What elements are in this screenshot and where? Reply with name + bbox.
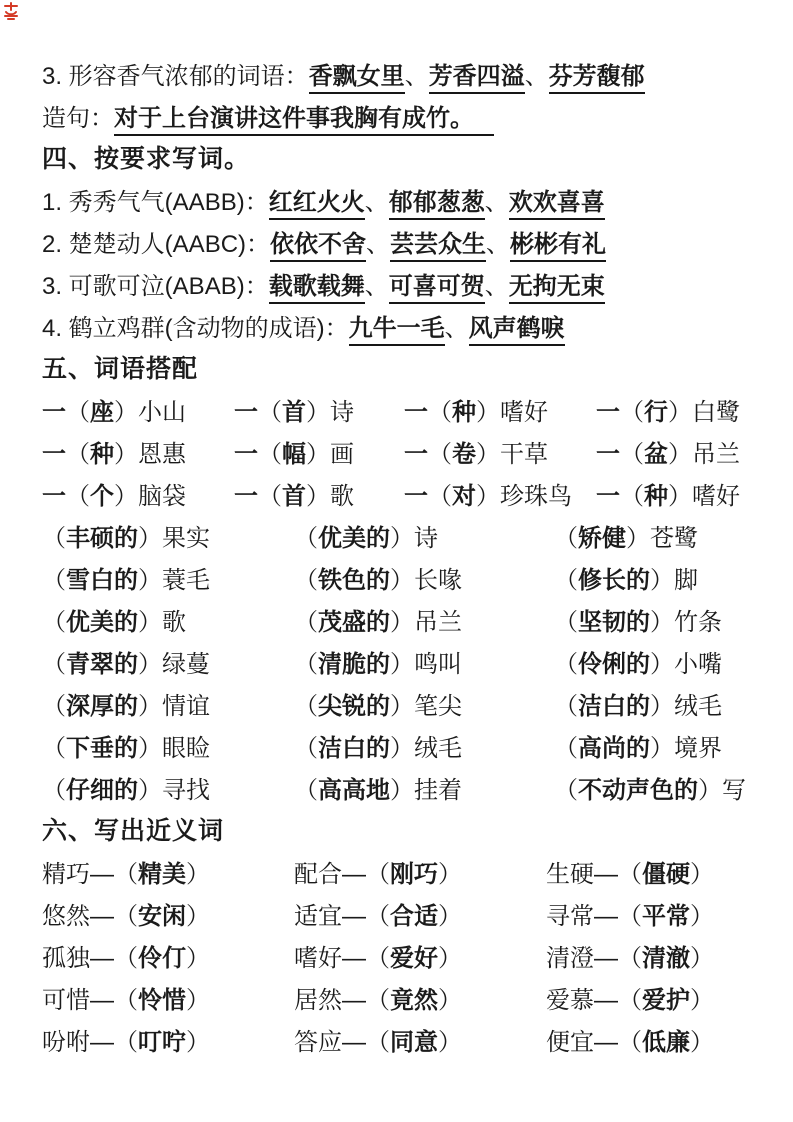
- section-title: 四、按要求写词。: [42, 145, 250, 173]
- synonym-row: 可惜—（怜惜）居然—（竟然）爱慕—（爱护）: [42, 976, 757, 1018]
- label-text: ）: [438, 1029, 462, 1056]
- answer-bold: 一: [596, 441, 620, 468]
- label-text: （: [554, 693, 578, 720]
- label-text: （: [42, 735, 66, 762]
- label-text: 吊兰: [414, 609, 462, 636]
- label-text: 、: [485, 273, 509, 300]
- label-text: ）: [390, 777, 414, 804]
- label-text: 适宜—: [294, 903, 366, 930]
- label-text: 歌: [330, 483, 354, 510]
- phrase-cell: 适宜—（合适）: [294, 896, 546, 931]
- section-heading-5: 五、词语搭配: [42, 346, 757, 388]
- answer-underlined: 红红火火: [269, 189, 365, 220]
- synonym-row: 孤独—（伶仃）嗜好—（爱好）清澄—（清澈）: [42, 934, 757, 976]
- label-text: （: [294, 735, 318, 762]
- label-text: 、: [365, 273, 389, 300]
- answer-bold: 铁色的: [318, 567, 390, 594]
- label-text: ）: [186, 1029, 210, 1056]
- synonym-row: 吩咐—（叮咛）答应—（同意）便宜—（低廉）: [42, 1018, 757, 1060]
- label-text: （: [366, 987, 390, 1014]
- adjective-row: （优美的）歌（茂盛的）吊兰（坚韧的）竹条: [42, 598, 757, 640]
- phrase-cell: （仔细的）寻找: [42, 770, 294, 805]
- answer-bold: 刚巧: [390, 861, 438, 888]
- label-text: 脑袋: [138, 483, 186, 510]
- answer-underlined: 郁郁葱葱: [389, 189, 485, 220]
- answer-bold: 洁白的: [578, 693, 650, 720]
- label-text: （: [620, 399, 644, 426]
- label-text: 嗜好—: [294, 945, 366, 972]
- label-text: （: [294, 567, 318, 594]
- label-text: ）: [650, 609, 674, 636]
- answer-bold: 种: [90, 441, 114, 468]
- label-text: （: [366, 945, 390, 972]
- answer-underlined: 可喜可贺: [389, 273, 485, 304]
- answer-bold: 怜惜: [138, 987, 186, 1014]
- answer-bold: 同意: [390, 1029, 438, 1056]
- label-text: （: [366, 1029, 390, 1056]
- phrase-cell: 可惜—（怜惜）: [42, 980, 294, 1015]
- label-text: 竹条: [674, 609, 722, 636]
- phrase-cell: 六、写出近义词: [42, 811, 757, 847]
- label-text: 生硬—: [546, 861, 618, 888]
- answer-bold: 一: [404, 441, 428, 468]
- phrase-cell: （坚韧的）竹条: [554, 602, 757, 637]
- label-text: 歌: [162, 609, 186, 636]
- label-text: ）: [390, 567, 414, 594]
- label-text: （: [294, 609, 318, 636]
- answer-underlined: 欢欢喜喜: [509, 189, 605, 220]
- answer-bold: 优美的: [66, 609, 138, 636]
- label-text: ）: [138, 735, 162, 762]
- answer-bold: 矫健: [578, 525, 626, 552]
- phrase-cell: （雪白的）蓑毛: [42, 560, 294, 595]
- label-text: ）: [668, 441, 692, 468]
- phrase-cell: 一（对）珍珠鸟: [404, 476, 596, 511]
- label-text: 写: [722, 777, 746, 804]
- label-text: （: [114, 945, 138, 972]
- label-text: （: [554, 609, 578, 636]
- answer-bold: 盆: [644, 441, 668, 468]
- label-text: 清澄—: [546, 945, 618, 972]
- adjective-row: （下垂的）眼睑（洁白的）绒毛（高尚的）境界: [42, 724, 757, 766]
- phrase-cell: 一（卷）干草: [404, 434, 596, 469]
- label-text: （: [618, 945, 642, 972]
- label-text: （: [294, 525, 318, 552]
- label-text: 、: [366, 231, 390, 258]
- answer-bold: 个: [90, 483, 114, 510]
- label-text: ）: [690, 861, 714, 888]
- answer-bold: 一: [596, 483, 620, 510]
- phrase-cell: 嗜好—（爱好）: [294, 938, 546, 973]
- phrase-cell: 一（首）歌: [234, 476, 404, 511]
- label-text: （: [554, 651, 578, 678]
- section-heading-4: 四、按要求写词。: [42, 136, 757, 178]
- label-text: （: [294, 777, 318, 804]
- answer-underlined: 对于上台演讲这件事我胸有成竹。: [114, 105, 494, 136]
- phrase-cell: 3. 形容香气浓郁的词语：香飘女里、芳香四溢、芬芳馥郁: [42, 56, 757, 91]
- adjective-row: （仔细的）寻找（高高地）挂着（不动声色的）写: [42, 766, 757, 808]
- answer-bold: 修长的: [578, 567, 650, 594]
- answer-bold: 深厚的: [66, 693, 138, 720]
- label-text: ）: [650, 735, 674, 762]
- label-text: ）: [438, 861, 462, 888]
- label-text: （: [618, 903, 642, 930]
- phrase-cell: （尖锐的）笔尖: [294, 686, 554, 721]
- label-text: 寻常—: [546, 903, 618, 930]
- item-line-aabb: 1. 秀秀气气(AABB)：红红火火、郁郁葱葱、欢欢喜喜: [42, 178, 757, 220]
- label-text: （: [620, 483, 644, 510]
- phrase-cell: （优美的）诗: [294, 518, 554, 553]
- label-text: ）: [138, 609, 162, 636]
- label-text: ）: [668, 399, 692, 426]
- answer-bold: 雪白的: [66, 567, 138, 594]
- answer-underlined: 依依不舍: [270, 231, 366, 262]
- label-text: 造句：: [42, 105, 114, 132]
- phrase-cell: 配合—（刚巧）: [294, 854, 546, 889]
- synonym-row: 悠然—（安闲）适宜—（合适）寻常—（平常）: [42, 892, 757, 934]
- answer-bold: 一: [404, 483, 428, 510]
- label-text: （: [114, 861, 138, 888]
- label-text: 、: [485, 189, 509, 216]
- sentence-making-line: 造句：对于上台演讲这件事我胸有成竹。: [42, 94, 757, 136]
- label-text: （: [258, 399, 282, 426]
- section-title: 六、写出近义词: [42, 817, 224, 845]
- label-text: （: [42, 525, 66, 552]
- phrase-cell: 五、词语搭配: [42, 349, 757, 385]
- answer-bold: 僵硬: [642, 861, 690, 888]
- label-text: ）: [138, 693, 162, 720]
- label-text: （: [114, 987, 138, 1014]
- phrase-cell: 便宜—（低廉）: [546, 1022, 757, 1057]
- label-text: （: [554, 567, 578, 594]
- label-text: 小嘴: [674, 651, 722, 678]
- answer-bold: 尖锐的: [318, 693, 390, 720]
- phrase-cell: （伶俐的）小嘴: [554, 644, 757, 679]
- label-text: ）: [650, 567, 674, 594]
- phrase-cell: 孤独—（伶仃）: [42, 938, 294, 973]
- answer-bold: 低廉: [642, 1029, 690, 1056]
- label-text: ）: [626, 525, 650, 552]
- label-text: 嗜好: [500, 399, 548, 426]
- label-text: ）: [438, 903, 462, 930]
- label-text: （: [554, 777, 578, 804]
- label-text: ）: [650, 651, 674, 678]
- label-text: 1. 秀秀气气(AABB)：: [42, 189, 269, 216]
- label-text: （: [618, 1029, 642, 1056]
- phrase-cell: 一（种）嗜好: [404, 392, 596, 427]
- answer-bold: 清脆的: [318, 651, 390, 678]
- label-text: （: [294, 693, 318, 720]
- label-text: 、: [365, 189, 389, 216]
- answer-bold: 茂盛的: [318, 609, 390, 636]
- label-text: 吩咐—: [42, 1029, 114, 1056]
- label-text: 脚: [674, 567, 698, 594]
- label-text: ）: [114, 483, 138, 510]
- label-text: ）: [138, 777, 162, 804]
- label-text: 孤独—: [42, 945, 114, 972]
- answer-bold: 伶俐的: [578, 651, 650, 678]
- answer-bold: 竟然: [390, 987, 438, 1014]
- label-text: 干草: [500, 441, 548, 468]
- label-text: 情谊: [162, 693, 210, 720]
- label-text: 绒毛: [674, 693, 722, 720]
- answer-bold: 下垂的: [66, 735, 138, 762]
- label-text: （: [42, 609, 66, 636]
- label-text: 、: [486, 231, 510, 258]
- label-text: ）: [668, 483, 692, 510]
- label-text: 悠然—: [42, 903, 114, 930]
- answer-bold: 种: [452, 399, 476, 426]
- label-text: ）: [476, 399, 500, 426]
- phrase-cell: 寻常—（平常）: [546, 896, 757, 931]
- answer-bold: 爱护: [642, 987, 690, 1014]
- answer-bold: 优美的: [318, 525, 390, 552]
- label-text: ）: [690, 945, 714, 972]
- phrase-cell: 生硬—（僵硬）: [546, 854, 757, 889]
- label-text: ）: [690, 1029, 714, 1056]
- red-corner-stamp-strokes: [5, 3, 17, 19]
- label-text: ）: [186, 903, 210, 930]
- label-text: 便宜—: [546, 1029, 618, 1056]
- measure-word-row: 一（个）脑袋一（首）歌一（对）珍珠鸟一（种）嗜好: [42, 472, 757, 514]
- phrase-cell: （茂盛的）吊兰: [294, 602, 554, 637]
- label-text: ）: [390, 525, 414, 552]
- answer-underlined: 九牛一毛: [349, 315, 445, 346]
- answer-bold: 首: [282, 483, 306, 510]
- label-text: ）: [390, 609, 414, 636]
- phrase-cell: 4. 鹤立鸡群(含动物的成语)：九牛一毛、风声鹤唳: [42, 308, 757, 343]
- phrase-cell: （优美的）歌: [42, 602, 294, 637]
- phrase-cell: 一（首）诗: [234, 392, 404, 427]
- label-text: （: [42, 693, 66, 720]
- label-text: 果实: [162, 525, 210, 552]
- label-text: 配合—: [294, 861, 366, 888]
- red-corner-stamp-icon: [4, 2, 22, 22]
- label-text: ）: [114, 399, 138, 426]
- answer-bold: 座: [90, 399, 114, 426]
- label-text: 蓑毛: [162, 567, 210, 594]
- adjective-row: （青翠的）绿蔓（清脆的）鸣叫（伶俐的）小嘴: [42, 640, 757, 682]
- answer-bold: 坚韧的: [578, 609, 650, 636]
- label-text: 鸣叫: [414, 651, 462, 678]
- label-text: （: [554, 525, 578, 552]
- phrase-cell: （铁色的）长喙: [294, 560, 554, 595]
- label-text: ）: [306, 483, 330, 510]
- label-text: 境界: [674, 735, 722, 762]
- label-text: （: [258, 483, 282, 510]
- label-text: （: [428, 483, 452, 510]
- label-text: ）: [186, 945, 210, 972]
- phrase-cell: 2. 楚楚动人(AABC)：依依不舍、芸芸众生、彬彬有礼: [42, 224, 757, 259]
- phrase-cell: 精巧—（精美）: [42, 854, 294, 889]
- label-text: ）: [390, 735, 414, 762]
- label-text: 绒毛: [414, 735, 462, 762]
- label-text: ）: [390, 693, 414, 720]
- answer-bold: 一: [42, 483, 66, 510]
- phrase-cell: （洁白的）绒毛: [294, 728, 554, 763]
- intro-line-fragrance: 3. 形容香气浓郁的词语：香飘女里、芳香四溢、芬芳馥郁: [42, 52, 757, 94]
- label-text: 嗜好: [692, 483, 740, 510]
- label-text: （: [66, 399, 90, 426]
- phrase-cell: 吩咐—（叮咛）: [42, 1022, 294, 1057]
- phrase-cell: 一（幅）画: [234, 434, 404, 469]
- label-text: ）: [690, 903, 714, 930]
- phrase-cell: （矫健）苍鹭: [554, 518, 757, 553]
- label-text: 眼睑: [162, 735, 210, 762]
- label-text: ）: [306, 441, 330, 468]
- label-text: （: [66, 441, 90, 468]
- label-text: ）: [114, 441, 138, 468]
- answer-bold: 安闲: [138, 903, 186, 930]
- worksheet-page: 3. 形容香气浓郁的词语：香飘女里、芳香四溢、芬芳馥郁造句：对于上台演讲这件事我…: [0, 0, 793, 1122]
- answer-bold: 一: [404, 399, 428, 426]
- answer-bold: 种: [644, 483, 668, 510]
- label-text: 寻找: [162, 777, 210, 804]
- label-text: （: [42, 777, 66, 804]
- label-text: 3. 形容香气浓郁的词语：: [42, 63, 309, 90]
- label-text: 答应—: [294, 1029, 366, 1056]
- label-text: ）: [186, 861, 210, 888]
- phrase-cell: 居然—（竟然）: [294, 980, 546, 1015]
- adjective-row: （丰硕的）果实（优美的）诗（矫健）苍鹭: [42, 514, 757, 556]
- synonym-row: 精巧—（精美）配合—（刚巧）生硬—（僵硬）: [42, 850, 757, 892]
- phrase-cell: 清澄—（清澈）: [546, 938, 757, 973]
- label-text: ）: [698, 777, 722, 804]
- phrase-cell: （不动声色的）写: [554, 770, 757, 805]
- label-text: ）: [138, 567, 162, 594]
- section-heading-6: 六、写出近义词: [42, 808, 757, 850]
- answer-underlined: 无拘无束: [509, 273, 605, 304]
- answer-bold: 高高地: [318, 777, 390, 804]
- answer-bold: 叮咛: [138, 1029, 186, 1056]
- phrase-cell: 一（行）白鹭: [596, 392, 757, 427]
- label-text: ）: [186, 987, 210, 1014]
- adjective-row: （雪白的）蓑毛（铁色的）长喙（修长的）脚: [42, 556, 757, 598]
- label-text: （: [294, 651, 318, 678]
- answer-bold: 青翠的: [66, 651, 138, 678]
- answer-underlined: 彬彬有礼: [510, 231, 606, 262]
- measure-word-row: 一（种）恩惠一（幅）画一（卷）干草一（盆）吊兰: [42, 430, 757, 472]
- answer-bold: 丰硕的: [66, 525, 138, 552]
- answer-bold: 爱好: [390, 945, 438, 972]
- label-text: （: [42, 651, 66, 678]
- answer-bold: 一: [234, 483, 258, 510]
- phrase-cell: 一（种）嗜好: [596, 476, 757, 511]
- phrase-cell: 悠然—（安闲）: [42, 896, 294, 931]
- phrase-cell: 一（盆）吊兰: [596, 434, 757, 469]
- phrase-cell: 一（种）恩惠: [42, 434, 234, 469]
- label-text: ）: [690, 987, 714, 1014]
- label-text: 长喙: [414, 567, 462, 594]
- label-text: 诗: [330, 399, 354, 426]
- answer-bold: 高尚的: [578, 735, 650, 762]
- answer-bold: 一: [42, 399, 66, 426]
- answer-underlined: 芸芸众生: [390, 231, 486, 262]
- answer-bold: 对: [452, 483, 476, 510]
- answer-bold: 卷: [452, 441, 476, 468]
- label-text: ）: [306, 399, 330, 426]
- label-text: ）: [438, 945, 462, 972]
- phrase-cell: （修长的）脚: [554, 560, 757, 595]
- label-text: 、: [405, 63, 429, 90]
- label-text: （: [428, 441, 452, 468]
- label-text: （: [42, 567, 66, 594]
- label-text: 挂着: [414, 777, 462, 804]
- label-text: （: [114, 1029, 138, 1056]
- item-line-abab: 3. 可歌可泣(ABAB)：载歌载舞、可喜可贺、无拘无束: [42, 262, 757, 304]
- label-text: 爱慕—: [546, 987, 618, 1014]
- phrase-cell: 答应—（同意）: [294, 1022, 546, 1057]
- phrase-cell: （高高地）挂着: [294, 770, 554, 805]
- answer-bold: 伶仃: [138, 945, 186, 972]
- label-text: ）: [476, 441, 500, 468]
- label-text: 居然—: [294, 987, 366, 1014]
- answer-bold: 合适: [390, 903, 438, 930]
- label-text: 绿蔓: [162, 651, 210, 678]
- label-text: 4. 鹤立鸡群(含动物的成语)：: [42, 315, 349, 342]
- answer-bold: 一: [234, 399, 258, 426]
- phrase-cell: （丰硕的）果实: [42, 518, 294, 553]
- label-text: （: [618, 987, 642, 1014]
- answer-bold: 幅: [282, 441, 306, 468]
- phrase-cell: 爱慕—（爱护）: [546, 980, 757, 1015]
- label-text: （: [366, 903, 390, 930]
- phrase-cell: 1. 秀秀气气(AABB)：红红火火、郁郁葱葱、欢欢喜喜: [42, 182, 757, 217]
- phrase-cell: 一（个）脑袋: [42, 476, 234, 511]
- phrase-cell: （清脆的）鸣叫: [294, 644, 554, 679]
- section-title: 五、词语搭配: [42, 355, 198, 383]
- label-text: 苍鹭: [650, 525, 698, 552]
- phrase-cell: 一（座）小山: [42, 392, 234, 427]
- label-text: （: [618, 861, 642, 888]
- phrase-cell: 四、按要求写词。: [42, 139, 757, 175]
- item-line-animal-idiom: 4. 鹤立鸡群(含动物的成语)：九牛一毛、风声鹤唳: [42, 304, 757, 346]
- answer-underlined: 载歌载舞: [269, 273, 365, 304]
- worksheet-body: 3. 形容香气浓郁的词语：香飘女里、芳香四溢、芬芳馥郁造句：对于上台演讲这件事我…: [42, 52, 757, 1060]
- label-text: 笔尖: [414, 693, 462, 720]
- label-text: （: [366, 861, 390, 888]
- label-text: （: [428, 399, 452, 426]
- phrase-cell: 3. 可歌可泣(ABAB)：载歌载舞、可喜可贺、无拘无束: [42, 266, 757, 301]
- answer-underlined: 芳香四溢: [429, 63, 525, 94]
- label-text: ）: [138, 525, 162, 552]
- label-text: 吊兰: [692, 441, 740, 468]
- answer-underlined: 芬芳馥郁: [549, 63, 645, 94]
- answer-bold: 一: [42, 441, 66, 468]
- label-text: ）: [476, 483, 500, 510]
- answer-bold: 洁白的: [318, 735, 390, 762]
- measure-word-row: 一（座）小山一（首）诗一（种）嗜好一（行）白鹭: [42, 388, 757, 430]
- adjective-row: （深厚的）情谊（尖锐的）笔尖（洁白的）绒毛: [42, 682, 757, 724]
- label-text: 、: [445, 315, 469, 342]
- label-text: 、: [525, 63, 549, 90]
- answer-bold: 首: [282, 399, 306, 426]
- phrase-cell: （深厚的）情谊: [42, 686, 294, 721]
- item-line-aabc: 2. 楚楚动人(AABC)：依依不舍、芸芸众生、彬彬有礼: [42, 220, 757, 262]
- answer-bold: 平常: [642, 903, 690, 930]
- label-text: 白鹭: [692, 399, 740, 426]
- label-text: 3. 可歌可泣(ABAB)：: [42, 273, 269, 300]
- label-text: 2. 楚楚动人(AABC)：: [42, 231, 270, 258]
- label-text: 珍珠鸟: [500, 483, 572, 510]
- label-text: 精巧—: [42, 861, 114, 888]
- label-text: （: [66, 483, 90, 510]
- answer-bold: 精美: [138, 861, 186, 888]
- phrase-cell: （下垂的）眼睑: [42, 728, 294, 763]
- phrase-cell: （高尚的）境界: [554, 728, 757, 763]
- label-text: ）: [650, 693, 674, 720]
- answer-bold: 仔细的: [66, 777, 138, 804]
